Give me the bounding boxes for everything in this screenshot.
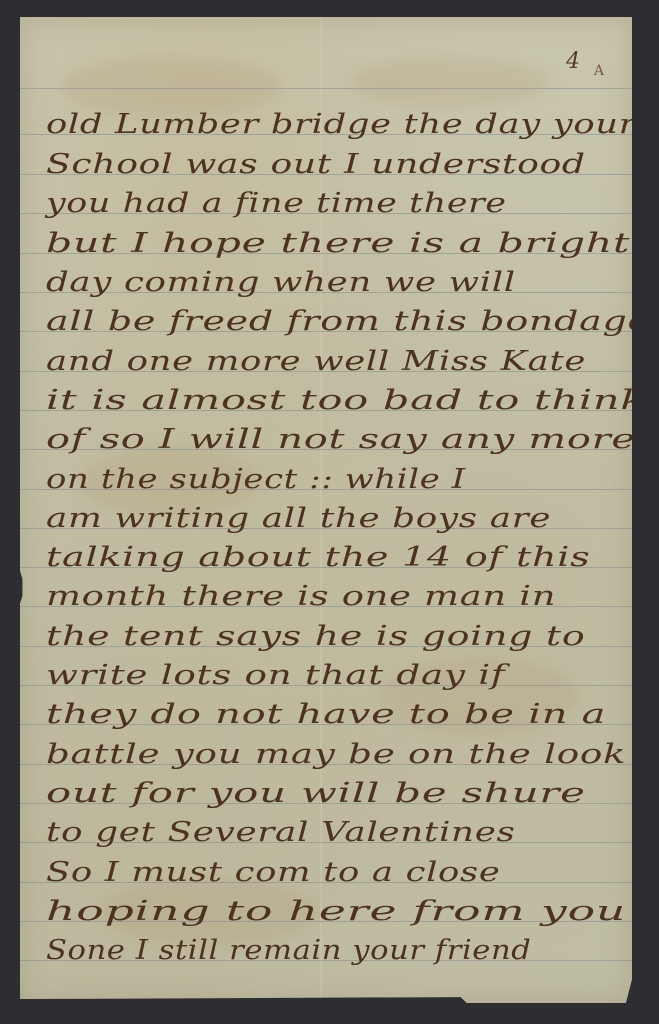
text-line: you had a fine time there bbox=[46, 190, 507, 217]
text-line: hoping to here from you bbox=[46, 898, 626, 925]
text-line: the tent says he is going to bbox=[46, 623, 585, 650]
text-line: battle you may be on the look bbox=[46, 741, 626, 768]
text-line: old Lumber bridge the day your bbox=[46, 111, 636, 138]
text-line: out for you will be shure bbox=[46, 780, 586, 807]
text-line: day coming when we will bbox=[46, 269, 516, 296]
text-line: it is almost too bad to think bbox=[46, 387, 646, 414]
text-line: to get Several Valentines bbox=[46, 819, 516, 846]
text-line: month there is one man in bbox=[46, 583, 556, 610]
text-line: but I hope there is a bright bbox=[46, 230, 630, 257]
text-line: on the subject :: while I bbox=[46, 466, 466, 493]
text-line: write lots on that day if bbox=[46, 662, 505, 689]
text-line: School was out I understood bbox=[46, 151, 586, 178]
viewer-stage: 4 A old Lumber bridge the day your Schoo… bbox=[0, 0, 659, 1024]
text-line: So I must com to a close bbox=[46, 859, 500, 886]
letter-page: 4 A old Lumber bridge the day your Schoo… bbox=[20, 17, 632, 1003]
text-line: of so I will not say any more bbox=[46, 426, 636, 453]
text-line: all be freed from this bondage bbox=[46, 308, 651, 335]
text-line: they do not have to be in a bbox=[46, 701, 606, 728]
handwritten-text: old Lumber bridge the day your School wa… bbox=[20, 17, 632, 1003]
text-line: Sone I still remain your friend bbox=[46, 937, 531, 964]
text-line: am writing all the boys are bbox=[46, 505, 551, 532]
text-line: and one more well Miss Kate bbox=[46, 348, 586, 375]
text-line: talking about the 14 of this bbox=[46, 544, 590, 571]
